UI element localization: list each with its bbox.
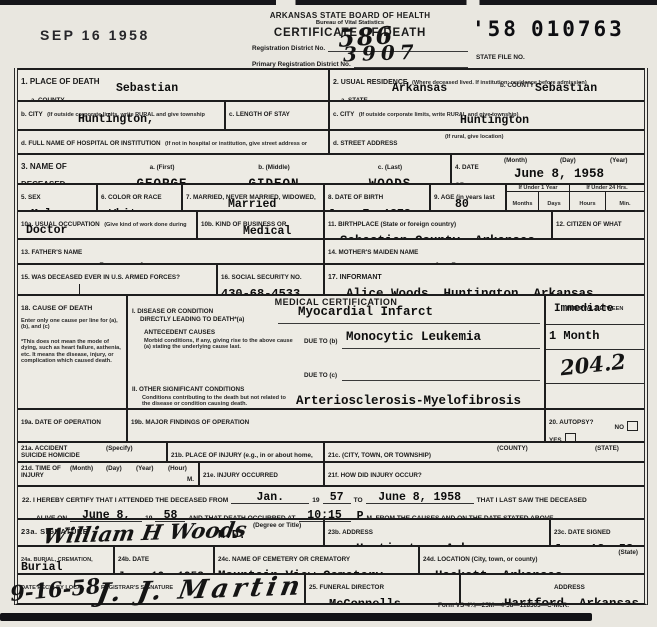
line-c <box>342 380 540 381</box>
street-note: (If rural, give location) <box>445 134 503 140</box>
operation-findings-cell: 19b. MAJOR FINDINGS OF OPERATION <box>128 410 546 441</box>
name-label-1: 3. NAME OF <box>21 162 67 171</box>
length-of-stay-label: c. LENGTH OF STAY <box>229 111 290 118</box>
due-b-value: Monocytic Leukemia <box>346 330 481 344</box>
operation-findings-label: 19b. MAJOR FINDINGS OF OPERATION <box>131 419 249 426</box>
signature-address-label: 23b. ADDRESS <box>328 529 373 536</box>
operation-date-label: 19a. DATE OF OPERATION <box>21 419 101 426</box>
citizen-label: 12. CITIZEN OF WHAT COUNTRY? <box>556 221 622 238</box>
injury-location-cell: 21c. (CITY, TOWN, OR TOWNSHIP) (COUNTY) … <box>325 443 644 461</box>
degree-label: (Degree or Title) <box>253 522 301 529</box>
race-label: 6. COLOR OR RACE <box>101 194 162 201</box>
cause-note-2: *This does not mean the mode of dying, s… <box>21 339 123 365</box>
received-date-stamp: SEP 16 1958 <box>40 27 150 43</box>
injury-year-label: (Year) <box>136 465 154 472</box>
name-label-cell: 3. NAME OF DECEASED (Type or Print) <box>18 155 106 183</box>
row-injury-bottom: 21d. TIME OF INJURY (Month) (Day) (Year)… <box>18 461 644 485</box>
min-label: Min. <box>619 201 630 207</box>
birth-date-cell: 8. DATE OF BIRTH Jan. 7, 1878 <box>325 185 431 210</box>
sex-label: 5. SEX <box>21 194 41 201</box>
time-of-injury-cell: 21d. TIME OF INJURY (Month) (Day) (Year)… <box>18 463 200 485</box>
res-county-value: Sebastian <box>535 82 597 95</box>
certify-text-1: 22. I HEREBY CERTIFY THAT I ATTENDED THE… <box>22 497 228 504</box>
res-county-label: b. COUNTY <box>500 82 534 89</box>
row-occupation: 10a. USUAL OCCUPATION (Give kind of work… <box>18 210 644 238</box>
scan-top-edge <box>0 0 657 5</box>
mother-cell: 14. MOTHER'S MAIDEN NAME Mary Schuler <box>325 240 644 263</box>
ssn-label: 16. SOCIAL SECURITY NO. <box>221 274 302 281</box>
other-conditions-label: II. OTHER SIGNIFICANT CONDITIONS <box>132 386 244 393</box>
scan-bottom-edge <box>0 613 592 621</box>
age-value: 80 <box>455 198 469 210</box>
street-label: d. STREET ADDRESS <box>333 140 398 147</box>
cause-notes-cell: 18. CAUSE OF DEATH Enter only one cause … <box>18 296 128 408</box>
row-registrar: DATE REC'D BY LOCAL REG. REGISTRAR'S SIG… <box>18 573 644 603</box>
ssn-cell: 16. SOCIAL SECURITY NO. 430-68-4533 <box>218 265 325 294</box>
accident-specify: (Specify) <box>106 445 133 452</box>
date-signed-label: 23c. DATE SIGNED <box>554 529 611 536</box>
middle-name-label: b. (Middle) <box>258 164 289 171</box>
birthplace-label: 11. BIRTHPLACE (State or foreign country… <box>328 221 456 228</box>
county-value: Sebastian <box>116 82 178 95</box>
marital-cell: 7. MARRIED, NEVER MARRIED, WIDOWED, DIVO… <box>183 185 325 210</box>
row-operation-autopsy: 19a. DATE OF OPERATION 19b. MAJOR FINDIN… <box>18 408 644 441</box>
board-title: ARKANSAS STATE BOARD OF HEALTH <box>228 11 472 20</box>
autopsy-no-checkbox <box>627 421 638 431</box>
dod-day-label: (Day) <box>560 157 576 164</box>
informant-label: 17. INFORMANT <box>328 274 382 281</box>
occupation-cell: 10a. USUAL OCCUPATION (Give kind of work… <box>18 212 198 238</box>
sex-cell: 5. SEX Male <box>18 185 98 210</box>
certify-text-3: TO <box>354 497 363 504</box>
form-number: Form VS-4¼—25M—4-58—118563—C-McR. <box>438 602 569 609</box>
res-city-value: Huntington <box>460 114 529 127</box>
interval-a-value: Immediate <box>554 303 613 315</box>
age-subcolumns: If Under 1 Year If Under 24 Hrs. Months … <box>507 185 644 210</box>
occupation-value: Doctor <box>26 224 67 237</box>
burial-type-cell: 24a. BURIAL, CREMATION, REMOVAL (Specify… <box>18 547 115 573</box>
autopsy-cell: 20. AUTOPSY? YES NO <box>546 410 644 441</box>
days-label: Days <box>547 201 560 207</box>
months-label: Months <box>513 201 533 207</box>
city-value: Huntington, <box>78 113 154 126</box>
attended-to-value: June 8, 1958 <box>378 491 461 504</box>
row-signature: 23a. SIGNATURE (Degree or Title) William… <box>18 518 644 545</box>
cause-code-value: 204.2 <box>559 350 627 380</box>
place-of-death-title: 1. PLACE OF DEATH <box>21 77 100 86</box>
disease-value: Myocardial Infarct <box>298 305 433 319</box>
row-demographics: 5. SEX Male 6. COLOR OR RACE White 7. MA… <box>18 183 644 210</box>
injury-state-label: (STATE) <box>595 445 619 452</box>
months-col: Months 6 <box>507 192 539 210</box>
injury-occurred-label: 21e. INJURY OCCURRED <box>203 472 278 479</box>
autopsy-no-label: NO <box>615 424 624 431</box>
injury-m-label: M. <box>187 476 194 483</box>
certify-text-2: 19 <box>312 497 319 504</box>
antecedent-title: ANTECEDENT CAUSES <box>144 329 215 336</box>
hours-label: Hours <box>579 201 595 207</box>
middle-name-cell: b. (Middle) GIDEON <box>218 155 330 183</box>
due-c-label: DUE TO (c) <box>304 372 337 379</box>
degree-value: M.D. <box>218 529 246 542</box>
injury-day-label: (Day) <box>106 465 122 472</box>
row-parents: 13. FATHER'S NAME Samuel Woods 14. MOTHE… <box>18 238 644 263</box>
cemetery-cell: 24c. NAME OF CEMETERY OR CREMATORY Mount… <box>215 547 420 573</box>
father-cell: 13. FATHER'S NAME Samuel Woods <box>18 240 325 263</box>
place-of-injury-cell: 21b. PLACE OF INJURY (e.g., in or about … <box>168 443 325 461</box>
first-name-cell: a. (First) GEORGE <box>106 155 218 183</box>
time-of-injury-label: 21d. TIME OF INJURY <box>21 465 67 480</box>
operation-date-cell: 19a. DATE OF OPERATION <box>18 410 128 441</box>
burial-date-cell: 24b. DATE June 10, 1958 <box>115 547 215 573</box>
days-col: Days 1 <box>539 192 570 210</box>
citizen-cell: 12. CITIZEN OF WHAT COUNTRY? <box>553 212 644 238</box>
row-burial: 24a. BURIAL, CREMATION, REMOVAL (Specify… <box>18 545 644 573</box>
usual-residence-section: 2. USUAL RESIDENCE (Where deceased lived… <box>330 70 644 153</box>
death-certificate-scan: SEP 16 1958 ARKANSAS STATE BOARD OF HEAL… <box>0 0 657 627</box>
burial-type-value: Burial <box>21 561 62 573</box>
file-year: '58 <box>472 17 519 41</box>
burial-state-label: (State) <box>618 549 638 556</box>
funeral-director-value: McConnells <box>329 597 401 603</box>
dod-year-label: (Year) <box>610 157 628 164</box>
autopsy-label: 20. AUTOPSY? <box>549 419 593 426</box>
certificate-form: 1. PLACE OF DEATH a. COUNTY Sebastian b.… <box>14 68 648 605</box>
industry-value: Medical <box>243 225 291 238</box>
attended-from-value: Jan. <box>256 491 284 504</box>
row-service-ssn-informant: 15. WAS DECEASED EVER IN U.S. ARMED FORC… <box>18 263 644 294</box>
primary-district-value: 3907 <box>343 40 419 67</box>
dod-label-1: 4. DATE <box>455 164 479 171</box>
state-file-number-stamp: '58010763 <box>472 17 625 41</box>
state-value: Arkansas <box>392 82 447 95</box>
attended-from-year: 57 <box>330 491 344 504</box>
interval-b-value: 1 Month <box>549 329 599 343</box>
father-label: 13. FATHER'S NAME <box>21 249 82 256</box>
autopsy-yes-checkbox <box>565 433 576 441</box>
cause-note-1: Enter only one cause per line for (a), (… <box>21 318 123 331</box>
due-b-label: DUE TO (b) <box>304 338 337 345</box>
row-place-residence: 1. PLACE OF DEATH a. COUNTY Sebastian b.… <box>18 68 644 153</box>
res-city-label: c. CITY <box>333 111 354 118</box>
row-certification: 22. I HEREBY CERTIFY THAT I ATTENDED THE… <box>18 485 644 518</box>
interval-cell: INTERVAL BETWEEN ONSET AND DEATH Immedia… <box>546 296 644 408</box>
city-label: b. CITY <box>21 111 43 118</box>
min-col: Min. <box>606 192 644 210</box>
age-cell: 9. AGE (in years last birthday) 80 <box>431 185 507 210</box>
armed-forces-label: 15. WAS DECEASED EVER IN U.S. ARMED FORC… <box>21 274 180 281</box>
how-injury-cell: 21f. HOW DID INJURY OCCUR? <box>325 463 644 485</box>
date-signed-cell: 23c. DATE SIGNED June 13, 58 <box>551 520 644 545</box>
first-name-label: a. (First) <box>150 164 175 171</box>
dod-month-label: (Month) <box>504 157 527 164</box>
state-file-label: STATE FILE NO. <box>476 54 525 61</box>
injury-occurred-cell: 21e. INJURY OCCURRED While At Work Not W… <box>200 463 325 485</box>
informant-cell: 17. INFORMANT Alice Woods, Huntington, A… <box>325 265 644 294</box>
race-cell: 6. COLOR OR RACE White <box>98 185 183 210</box>
accident-cell: 21a. ACCIDENT SUICIDE HOMICIDE (Specify) <box>18 443 168 461</box>
row-name-dod: 3. NAME OF DECEASED (Type or Print) a. (… <box>18 153 644 183</box>
how-injury-label: 21f. HOW DID INJURY OCCUR? <box>328 472 422 479</box>
cemetery-label: 24c. NAME OF CEMETERY OR CREMATORY <box>218 556 350 563</box>
accident-label: 21a. ACCIDENT SUICIDE HOMICIDE <box>21 445 91 460</box>
cause-of-death-label: 18. CAUSE OF DEATH <box>21 305 92 312</box>
funeral-director-cell: 25. FUNERAL DIRECTOR McConnells <box>306 575 461 603</box>
armed-forces-cell: 15. WAS DECEASED EVER IN U.S. ARMED FORC… <box>18 265 218 294</box>
row-cause-of-death: 18. CAUSE OF DEATH Enter only one cause … <box>18 294 644 408</box>
other-conditions-value: Arteriosclerosis-Myelofibrosis <box>296 394 521 408</box>
disease-label-2: DIRECTLY LEADING TO DEATH*(a) <box>140 316 244 323</box>
injury-county-label: (COUNTY) <box>497 445 528 452</box>
certify-line-1: 22. I HEREBY CERTIFY THAT I ATTENDED THE… <box>22 490 640 504</box>
last-name-cell: c. (Last) WOODS <box>330 155 452 183</box>
injury-month-label: (Month) <box>70 465 93 472</box>
line-a <box>278 323 540 324</box>
medical-certification-cell: MEDICAL CERTIFICATION I. DISEASE OR COND… <box>128 296 546 408</box>
informant-value: Alice Woods, Huntington, Arkansas <box>346 287 594 294</box>
director-address-cell: ADDRESS Hartford, Arkansas <box>461 575 644 603</box>
certify-text-4: THAT I LAST SAW THE DECEASED <box>477 497 587 504</box>
funeral-director-label: 25. FUNERAL DIRECTOR <box>309 584 384 591</box>
industry-cell: 10b. KIND OF BUSINESS OR INDUSTRY Medica… <box>198 212 325 238</box>
burial-location-label: 24d. LOCATION (City, town, or county) <box>423 556 538 563</box>
marital-value: Married <box>228 198 276 210</box>
director-address-label: ADDRESS <box>554 584 585 591</box>
mother-label: 14. MOTHER'S MAIDEN NAME <box>328 249 418 256</box>
line-b <box>342 348 540 349</box>
burial-location-cell: 24d. LOCATION (City, town, or county) (S… <box>420 547 644 573</box>
injury-city-label: 21c. (CITY, TOWN, OR TOWNSHIP) <box>328 452 431 459</box>
other-conditions-note: Conditions contributing to the death but… <box>142 395 292 408</box>
place-of-injury-label: 21b. PLACE OF INJURY (e.g., in or about … <box>171 452 313 461</box>
last-name-label: c. (Last) <box>378 164 402 171</box>
birth-date-label: 8. DATE OF BIRTH <box>328 194 383 201</box>
file-number: 010763 <box>531 17 625 41</box>
dod-value: June 8, 1958 <box>514 167 604 181</box>
disease-label-1: I. DISEASE OR CONDITION <box>132 308 213 315</box>
ssn-value: 430-68-4533 <box>221 287 300 294</box>
signature-cell: 23a. SIGNATURE (Degree or Title) William… <box>18 520 325 545</box>
place-of-death-section: 1. PLACE OF DEATH a. COUNTY Sebastian b.… <box>18 70 330 153</box>
hours-col: Hours <box>570 192 606 210</box>
date-of-death-cell: 4. DATE (Month) (Day) (Year) OF DEATH Ju… <box>452 155 644 183</box>
injury-hour-label: (Hour) <box>168 465 187 472</box>
signature-address-cell: 23b. ADDRESS Huntington, Arkansas <box>325 520 551 545</box>
hospital-label: d. FULL NAME OF HOSPITAL OR INSTITUTION <box>21 140 161 147</box>
primary-district-label: Primary Registration District No. <box>252 61 351 68</box>
antecedent-note: Morbid conditions, if any, giving rise t… <box>144 338 294 351</box>
burial-date-label: 24b. DATE <box>118 556 149 563</box>
registration-district-label: Registration District No. <box>252 45 325 52</box>
birthplace-cell: 11. BIRTHPLACE (State or foreign country… <box>325 212 553 238</box>
row-injury-top: 21a. ACCIDENT SUICIDE HOMICIDE (Specify)… <box>18 441 644 461</box>
